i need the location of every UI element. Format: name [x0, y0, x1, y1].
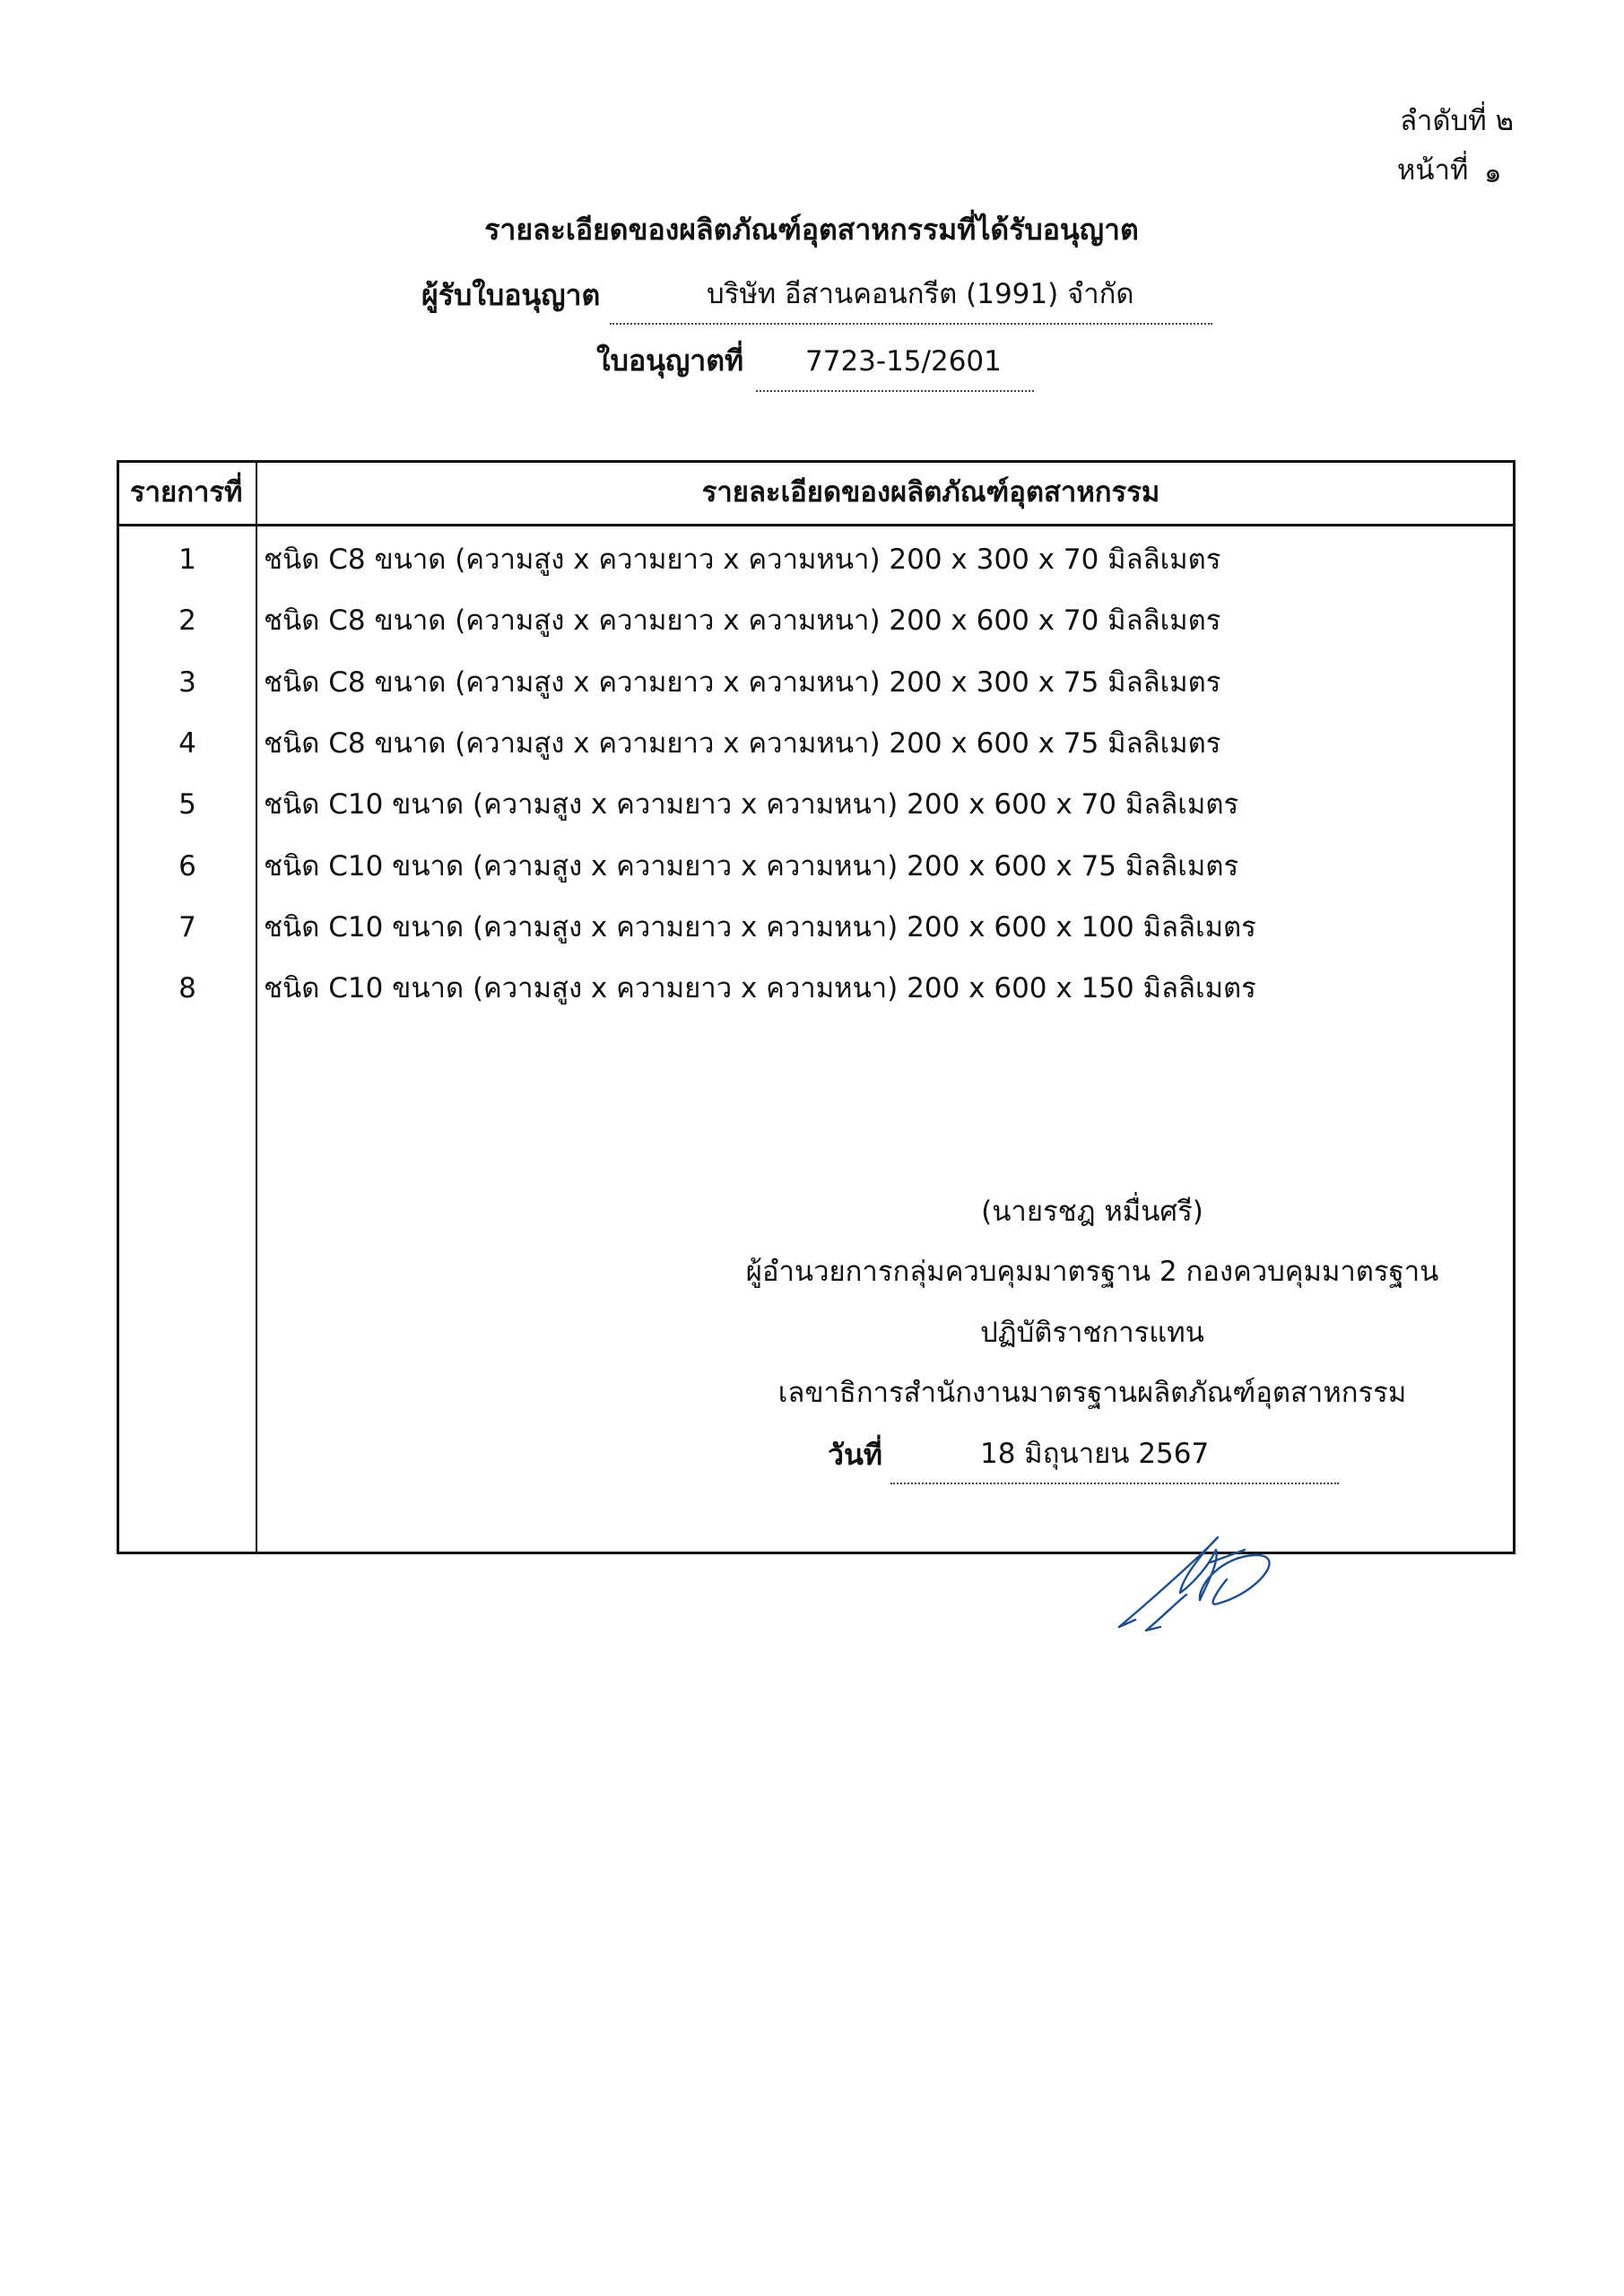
- column-header-item-no: รายการที่: [130, 479, 242, 507]
- sequence-number: ลำดับที่ ๒: [1400, 108, 1514, 135]
- column-header-detail: รายละเอียดของผลิตภัณฑ์อุตสาหกรรม: [702, 479, 1160, 507]
- licensee-dotted-line: [610, 323, 1212, 325]
- table-row-detail: ชนิด C10 ขนาด (ความสูง x ความยาว x ความห…: [264, 853, 1238, 881]
- licensee-value: บริษัท อีสานคอนกรีต (1991) จำกัด: [707, 281, 1134, 309]
- document-title: รายละเอียดของผลิตภัณฑ์อุตสาหกรรมที่ได้รั…: [484, 215, 1139, 244]
- date-label: วันที่: [828, 1440, 882, 1469]
- license-number-value: 7723-15/2601: [805, 348, 1002, 376]
- signer-position-line3: เลขาธิการสำนักงานมาตรฐานผลิตภัณฑ์อุตสาหก…: [778, 1379, 1407, 1407]
- page-label: หน้าที่: [1397, 157, 1468, 185]
- signer-position-line1: ผู้อำนวยการกลุ่มควบคุมมาตรฐาน 2 กองควบคุ…: [746, 1258, 1439, 1286]
- table-row-detail: ชนิด C10 ขนาด (ความสูง x ความยาว x ความห…: [264, 791, 1238, 819]
- table-row-number: 4: [119, 730, 256, 758]
- date-value: 18 มิถุนายน 2567: [980, 1440, 1209, 1468]
- table-row-detail: ชนิด C10 ขนาด (ความสูง x ความยาว x ความห…: [264, 914, 1256, 942]
- license-number-label: ใบอนุญาตที่: [596, 346, 743, 375]
- table-row-number: 5: [119, 791, 256, 819]
- header-divider: [119, 524, 1513, 526]
- signature-icon: [1110, 1530, 1307, 1638]
- table-row-number: 7: [119, 914, 256, 942]
- table-row-number: 8: [119, 975, 256, 1003]
- table-row-detail: ชนิด C8 ขนาด (ความสูง x ความยาว x ความหน…: [264, 607, 1220, 635]
- table-row-number: 6: [119, 853, 256, 881]
- license-number-dotted-line: [756, 390, 1034, 392]
- date-dotted-line: [890, 1483, 1339, 1484]
- table-row-number: 2: [119, 607, 256, 635]
- table-row-number: 3: [119, 669, 256, 697]
- licensee-label: ผู้รับใบอนุญาต: [421, 281, 600, 309]
- table-row-detail: ชนิด C10 ขนาด (ความสูง x ความยาว x ความห…: [264, 975, 1256, 1003]
- table-row-number: 1: [119, 546, 256, 574]
- table-row-detail: ชนิด C8 ขนาด (ความสูง x ความยาว x ความหน…: [264, 669, 1220, 697]
- signer-name: (นายรชฎ หมื่นศรี): [981, 1198, 1203, 1226]
- table-row-detail: ชนิด C8 ขนาด (ความสูง x ความยาว x ความหน…: [264, 730, 1220, 758]
- page-number: ๑: [1484, 160, 1502, 187]
- table-row-detail: ชนิด C8 ขนาด (ความสูง x ความยาว x ความหน…: [264, 546, 1220, 574]
- product-table: รายการที่ รายละเอียดของผลิตภัณฑ์อุตสาหกร…: [117, 460, 1515, 1554]
- signer-position-line2: ปฏิบัติราชการแทน: [980, 1319, 1204, 1347]
- column-divider: [256, 463, 257, 1552]
